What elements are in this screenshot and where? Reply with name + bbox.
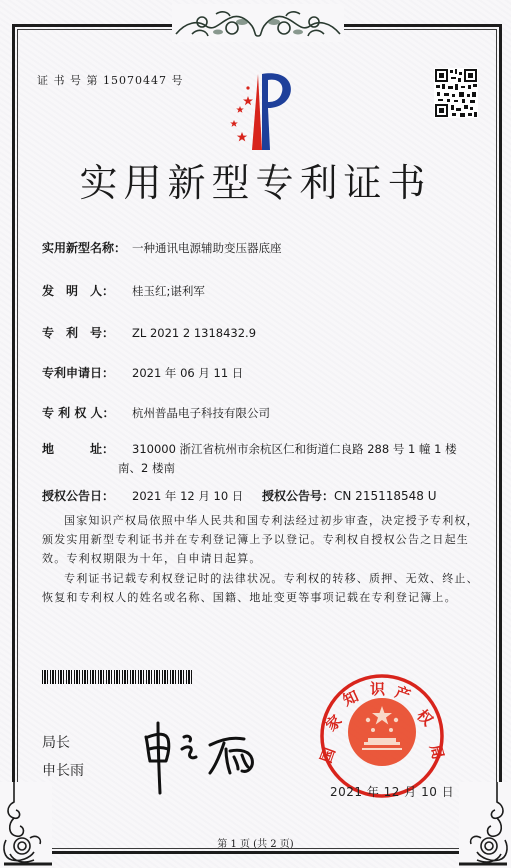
field-value: 310000 浙江省杭州市余杭区仁和街道仁良路 288 号 1 幢 1 楼 <box>132 441 457 457</box>
field-value: ZL 2021 2 1318432.9 <box>132 326 256 340</box>
barcode-icon <box>42 670 194 684</box>
field-patent-number: 专 利 号：ZL 2021 2 1318432.9 <box>42 324 256 341</box>
field-utility-model-name: 实用新型名称：一种通讯电源辅助变压器底座 <box>42 239 282 256</box>
field-label: 发 明 人： <box>42 282 132 299</box>
field-grant-announcement-date: 授权公告日：2021 年 12 月 10 日 <box>42 487 243 504</box>
svg-text:权: 权 <box>413 706 437 730</box>
field-value: 2021 年 06 月 11 日 <box>132 365 243 381</box>
field-value: 桂玉红;谌利军 <box>132 283 205 299</box>
field-grant-announcement-number: 授权公告号：CN 215118548 U <box>262 487 437 504</box>
seal-date: 2021 年 12 月 10 日 <box>330 783 454 800</box>
field-value: 2021 年 12 月 10 日 <box>132 488 243 504</box>
cnipa-logo-icon <box>218 68 308 158</box>
field-address: 地 址：310000 浙江省杭州市余杭区仁和街道仁良路 288 号 1 幢 1 … <box>42 440 457 457</box>
signatory-title: 局长 <box>42 732 70 752</box>
certificate-page: 证 书 号 第 15070447 号 <box>0 0 511 868</box>
field-value: 一种通讯电源辅助变压器底座 <box>132 240 282 256</box>
field-label: 实用新型名称： <box>42 239 132 256</box>
field-label: 授权公告号： <box>262 489 334 503</box>
document-title: 实用新型专利证书 <box>0 152 511 207</box>
field-label: 专 利 号： <box>42 324 132 341</box>
signatory-name: 申长雨 <box>42 760 84 780</box>
field-application-date: 专利申请日：2021 年 06 月 11 日 <box>42 364 243 381</box>
field-label: 授权公告日： <box>42 487 132 504</box>
field-value: 杭州普晶电子科技有限公司 <box>132 405 270 421</box>
field-label: 地 址： <box>42 440 132 457</box>
field-label: 专利申请日： <box>42 364 132 381</box>
legal-status-paragraph: 专利证书记载专利权登记时的法律状况。专利权的转移、质押、无效、终止、恢复和专利权… <box>42 569 482 607</box>
field-label: 专 利 权 人： <box>42 404 132 421</box>
top-ornament-icon <box>172 4 344 42</box>
address-continuation: 南、2 楼南 <box>118 460 175 476</box>
field-patentee: 专 利 权 人：杭州普晶电子科技有限公司 <box>42 404 270 421</box>
svg-text:识: 识 <box>370 680 386 698</box>
svg-text:局: 局 <box>426 742 446 761</box>
qr-code-icon <box>434 68 478 118</box>
official-seal-icon: 国 家 知 识 产 权 局 <box>318 672 446 800</box>
bottom-left-ornament-icon <box>0 782 52 868</box>
field-inventor: 发 明 人：桂玉红;谌利军 <box>42 282 205 299</box>
svg-text:国: 国 <box>318 745 339 765</box>
field-value: CN 215118548 U <box>334 489 436 503</box>
handwritten-signature-icon <box>140 715 270 795</box>
certificate-number: 证 书 号 第 15070447 号 <box>37 72 183 88</box>
grant-statement-paragraph: 国家知识产权局依照中华人民共和国专利法经过初步审查，决定授予专利权，颁发实用新型… <box>42 511 482 568</box>
page-indicator: 第 1 页 (共 2 页) <box>0 835 511 850</box>
bottom-right-ornament-icon <box>459 782 511 868</box>
